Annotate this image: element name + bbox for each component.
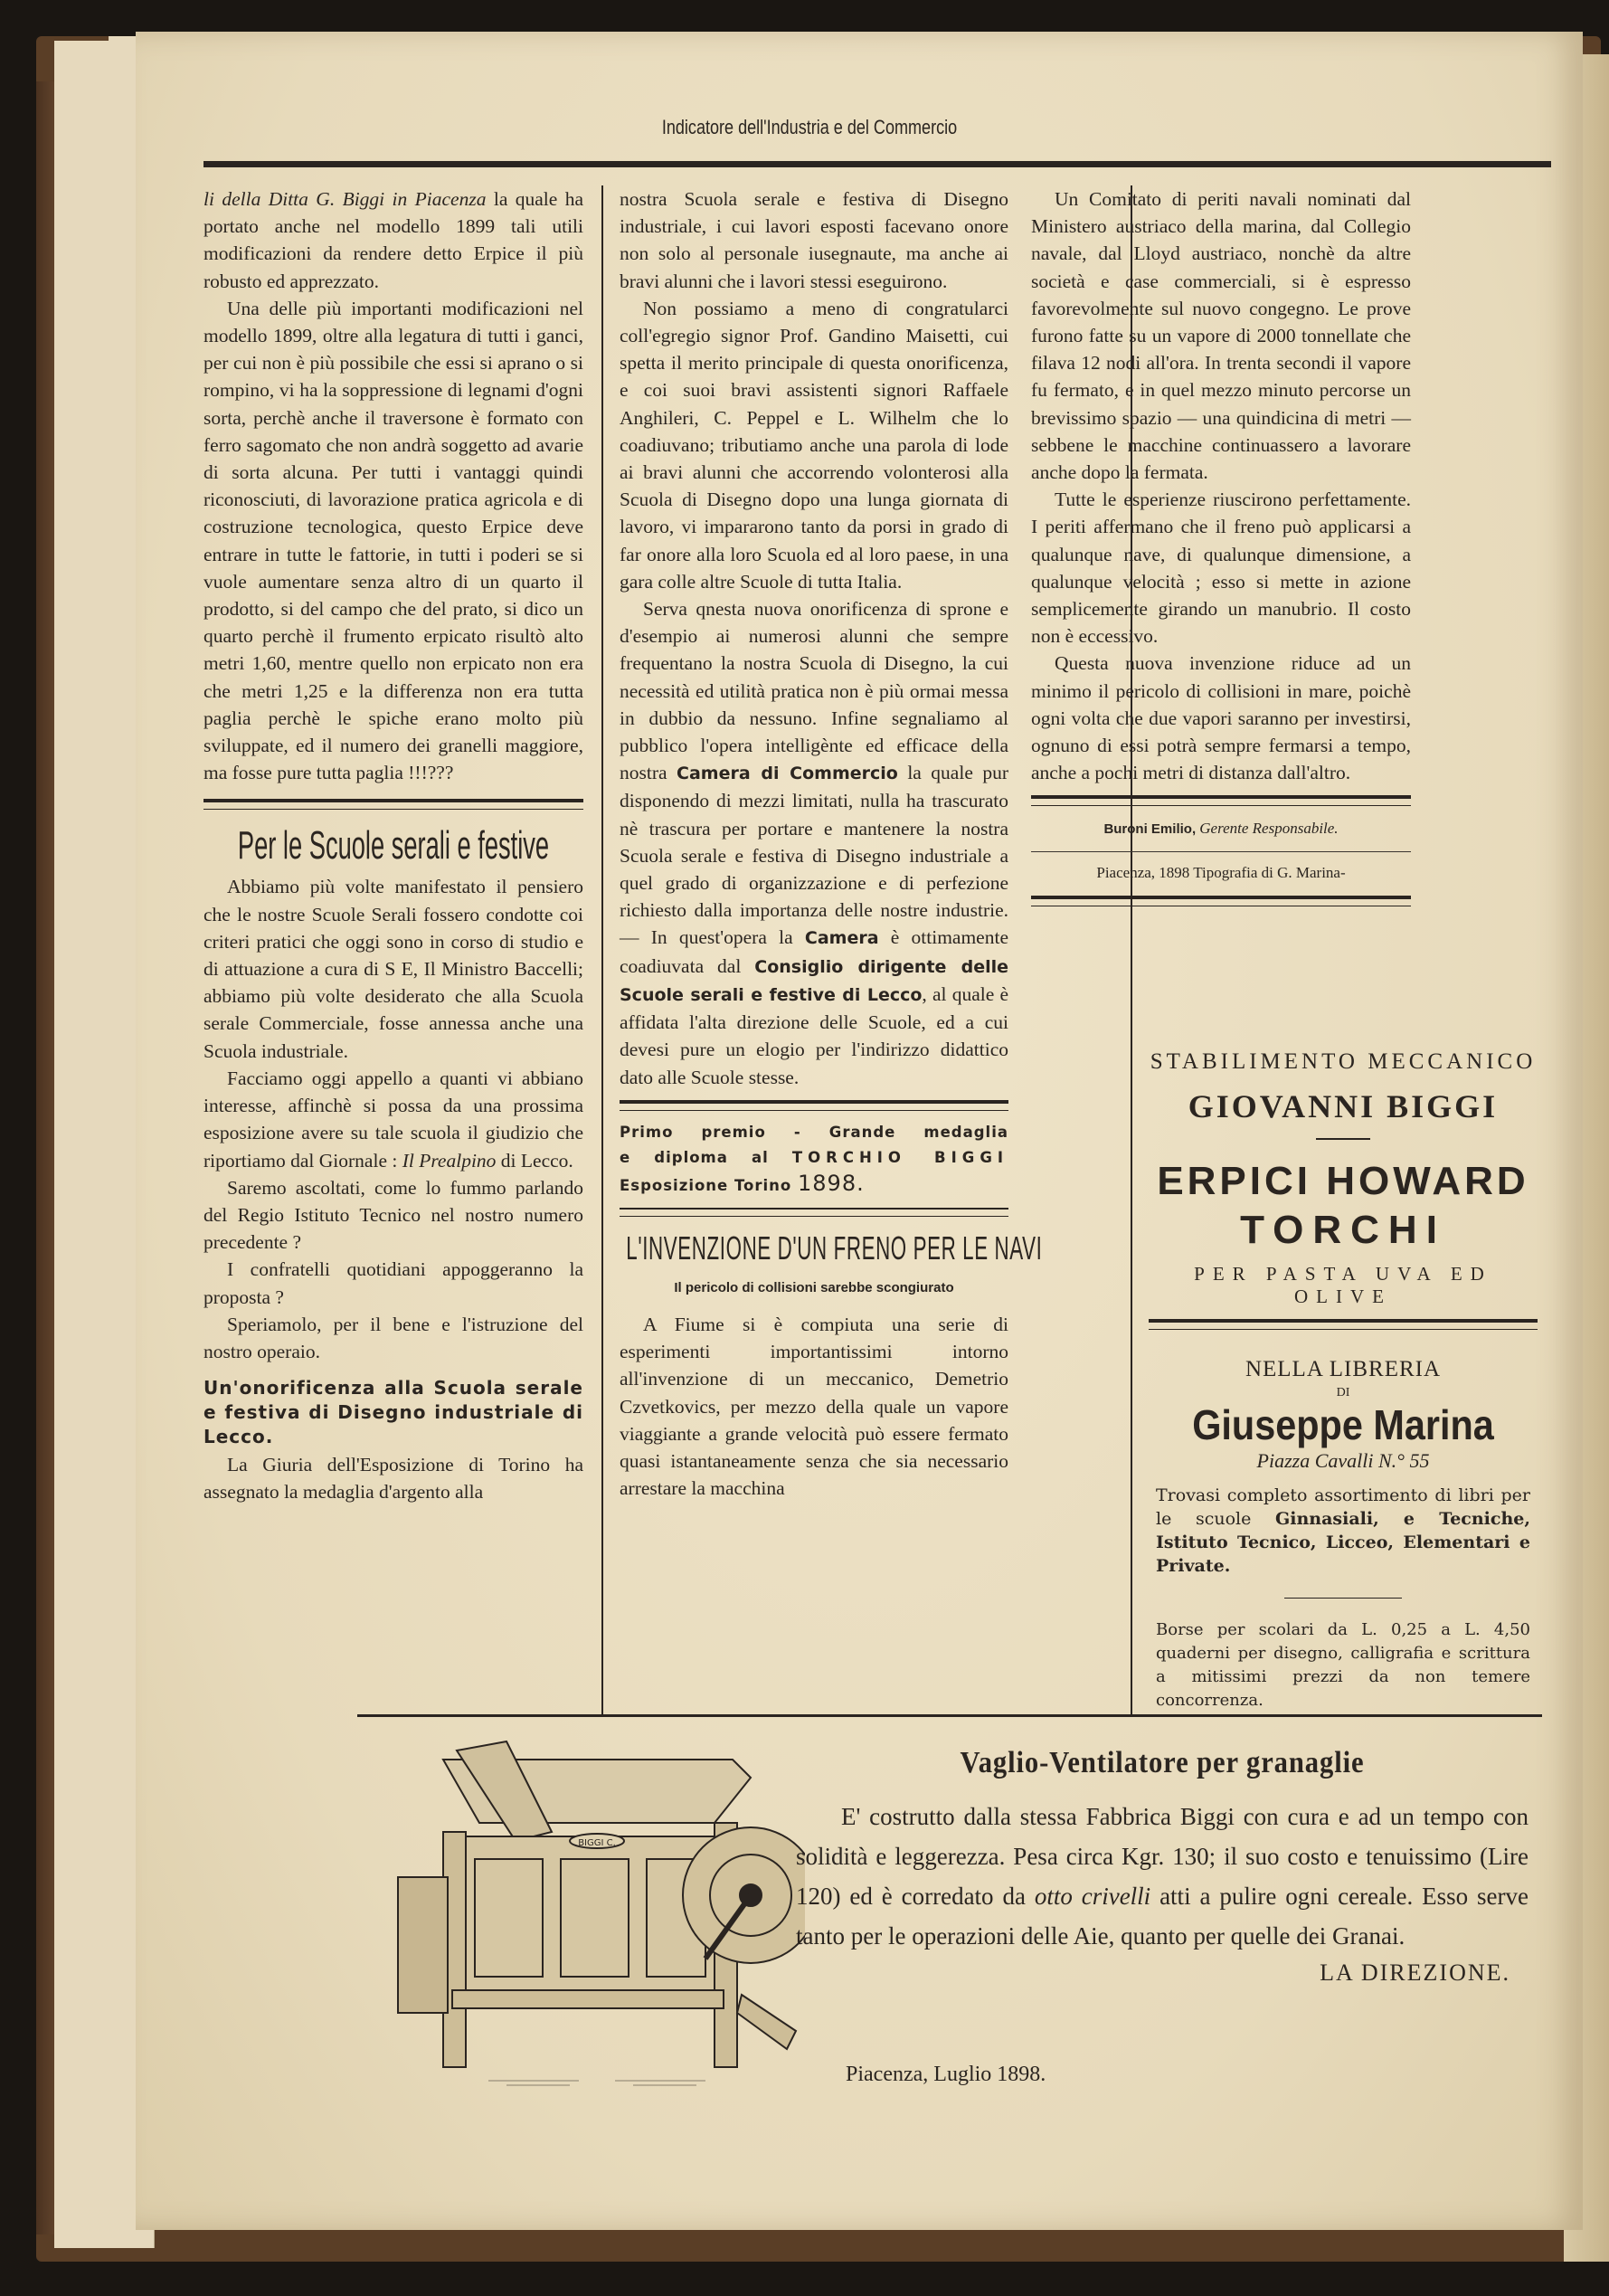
signature: LA DIREZIONE.	[796, 1959, 1510, 1987]
bold-text: Camera di Commercio	[677, 764, 898, 783]
ad-body: Borse per scolari da L. 0,25 a L. 4,50 q…	[1156, 1618, 1530, 1713]
section-rule	[203, 799, 583, 810]
article-title: Un'onorificenza alla Scuola serale e fes…	[203, 1376, 583, 1449]
bold-text: Camera	[805, 928, 879, 948]
advertisement-biggi: STABILIMENTO MECCANICO GIOVANNI BIGGI ER…	[1149, 1049, 1538, 1339]
ad-line: DI	[1149, 1386, 1538, 1400]
paragraph-text: di Lecco.	[496, 1150, 573, 1172]
section-rule	[620, 1208, 1008, 1217]
header-rule	[203, 161, 1551, 167]
column-2: nostra Scuola serale e festiva di Disegn…	[620, 185, 1008, 1502]
prize-line: Esposizione Torino 1898.	[620, 1171, 1008, 1199]
column-1: li della Ditta G. Biggi in Piacenza la q…	[203, 185, 583, 1506]
paragraph: Abbiamo più volte manifestato il pensier…	[203, 873, 583, 1064]
ad-address: Piazza Cavalli N.° 55	[1149, 1449, 1538, 1473]
divider	[1284, 1598, 1402, 1599]
paragraph: Serva qnesta nuova onorificenza di spron…	[620, 595, 1008, 1091]
paragraph: Una delle più importanti modificazioni n…	[203, 295, 583, 787]
paragraph: Saremo ascoltati, come lo fummo parlando…	[203, 1174, 583, 1257]
italic-firm-name: li della Ditta G. Biggi in Piacenza	[203, 188, 486, 210]
editor-role: Gerente Responsabile.	[1199, 820, 1338, 837]
section-rule	[1031, 896, 1411, 906]
ad-product: TORCHI	[1149, 1205, 1538, 1256]
prize-year: 1898.	[798, 1171, 865, 1196]
advertisement-libreria: NELLA LIBRERIA DI Giuseppe Marina Piazza…	[1149, 1357, 1538, 1713]
paragraph: Tutte le esperienze riuscirono perfettam…	[1031, 486, 1411, 650]
paragraph: Facciamo oggi appello a quanti vi abbian…	[203, 1065, 583, 1174]
paragraph: Speriamolo, per il bene e l'istruzione d…	[203, 1311, 583, 1365]
editor-name: Buroni Emilio,	[1103, 821, 1196, 837]
paragraph: A Fiume si è compiuta una serie di esper…	[620, 1311, 1008, 1502]
paragraph: li della Ditta G. Biggi in Piacenza la q…	[203, 185, 583, 295]
imprint: Piacenza, 1898 Tipografia di G. Marina-	[1031, 859, 1411, 887]
advertisement-vaglio: Vaglio-Ventilatore per granaglie E' cost…	[796, 1746, 1529, 1987]
ad-title: Vaglio-Ventilatore per granaglie	[833, 1746, 1492, 1780]
ad-shop-name: Giuseppe Marina	[1169, 1400, 1519, 1449]
ad-tagline: PER PASTA UVA ED OLIVE	[1149, 1263, 1538, 1308]
section-rule	[357, 1714, 1542, 1717]
ad-product: ERPICI HOWARD	[1149, 1158, 1538, 1205]
svg-text:BIGGI C.: BIGGI C.	[578, 1838, 616, 1848]
article-title: L'INVENZIONE D'UN FRENO PER LE NAVI	[626, 1226, 1001, 1271]
paragraph: La Giuria dell'Esposizione di Torino ha …	[203, 1451, 583, 1505]
section-rule	[620, 1100, 1008, 1111]
section-rule	[1149, 1319, 1538, 1330]
paragraph: I confratelli quotidiani appoggeranno la…	[203, 1256, 583, 1310]
ad-company-name: GIOVANNI BIGGI	[1149, 1087, 1538, 1125]
ad-body: Trovasi completo assortimento di libri p…	[1156, 1484, 1530, 1578]
paragraph: Non possiamo a meno di congratularci col…	[620, 295, 1008, 595]
newspaper-name: Il Prealpino	[402, 1150, 497, 1172]
paragraph: Questa nuova invenzione riduce ad un min…	[1031, 650, 1411, 786]
running-title: Indicatore dell'Industria e del Commerci…	[313, 116, 1307, 139]
article-title: Per le Scuole serali e festive	[208, 819, 578, 873]
ornament-rule	[1316, 1138, 1370, 1140]
prize-text: e diploma al	[620, 1149, 792, 1166]
prize-line: Primo premio - Grande medaglia	[620, 1120, 1008, 1145]
prize-line: e diploma al TORCHIO BIGGI	[620, 1145, 1008, 1171]
winnowing-machine-illustration: BIGGI C.	[389, 1723, 805, 2112]
ad-body: E' costrutto dalla stessa Fabbrica Biggi…	[796, 1797, 1529, 1956]
paragraph-text: la quale pur disponendo di mezzi limitat…	[620, 762, 1008, 948]
prize-product: TORCHIO BIGGI	[792, 1149, 1008, 1166]
paragraph: E' costrutto dalla stessa Fabbrica Biggi…	[796, 1797, 1529, 1956]
ad-line: NELLA LIBRERIA	[1149, 1357, 1538, 1382]
paragraph-text: Serva qnesta nuova onorificenza di spron…	[620, 598, 1008, 783]
article-subtitle: Il pericolo di collisioni sarebbe scongi…	[620, 1275, 1008, 1302]
place-date: Piacenza, Luglio 1898.	[846, 2063, 1046, 2087]
section-rule	[1031, 795, 1411, 806]
divider	[1031, 851, 1411, 852]
ad-line: STABILIMENTO MECCANICO	[1149, 1049, 1538, 1075]
column-divider	[601, 185, 603, 1714]
paragraph: Un Comitato di periti navali nominati da…	[1031, 185, 1411, 486]
ad-italic-text: otto crivelli	[1035, 1883, 1150, 1910]
paragraph: nostra Scuola serale e festiva di Disegn…	[620, 185, 1008, 295]
editor-credit: Buroni Emilio, Gerente Responsabile.	[1031, 815, 1411, 843]
prize-notice: Primo premio - Grande medaglia e diploma…	[620, 1120, 1008, 1199]
prize-text: Esposizione Torino	[620, 1177, 798, 1194]
column-3: Un Comitato di periti navali nominati da…	[1031, 185, 1411, 916]
